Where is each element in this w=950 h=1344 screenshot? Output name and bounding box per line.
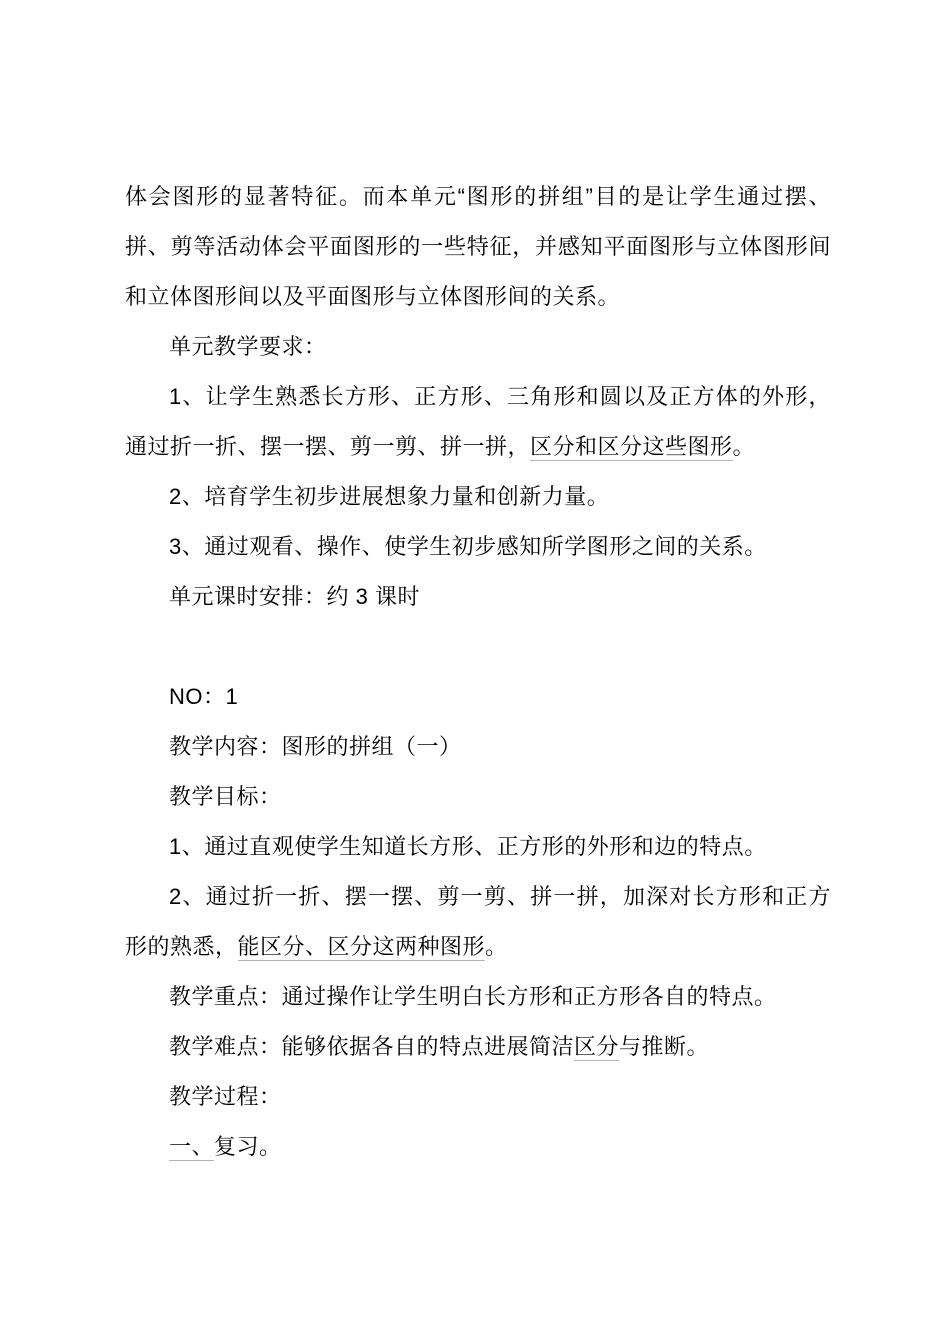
paragraph: 教学目标： (125, 772, 831, 822)
paragraph: NO：1 (125, 672, 831, 722)
grammar-check-underline: 区分 (574, 1034, 619, 1061)
paragraph: 教学内容：图形的拼组（一） (125, 722, 831, 772)
paragraph: 1、让学生熟悉长方形、正方形、三角形和圆以及正方体的外形，通过折一折、摆一摆、剪… (125, 372, 831, 472)
grammar-check-underline: 能区分、区分这两种图形 (238, 934, 486, 961)
paragraph: 体会图形的显著特征。而本单元“图形的拼组”目的是让学生通过摆、拼、剪等活动体会平… (125, 172, 831, 322)
paragraph: 教学重点：通过操作让学生明白长方形和正方形各自的特点。 (125, 972, 831, 1022)
paragraph: 3、通过观看、操作、使学生初步感知所学图形之间的关系。 (125, 522, 831, 572)
paragraph: 教学过程： (125, 1072, 831, 1122)
document-page: 体会图形的显著特征。而本单元“图形的拼组”目的是让学生通过摆、拼、剪等活动体会平… (0, 0, 950, 1344)
paragraph: 单元课时安排：约 3 课时 (125, 572, 831, 622)
blank-line (125, 622, 831, 672)
paragraph: 教学难点：能够依据各自的特点进展简洁区分与推断。 (125, 1022, 831, 1072)
paragraph: 一、复习。 (125, 1122, 831, 1172)
paragraph: 2、通过折一折、摆一摆、剪一剪、拼一拼，加深对长方形和正方形的熟悉，能区分、区分… (125, 872, 831, 972)
document-body: 体会图形的显著特征。而本单元“图形的拼组”目的是让学生通过摆、拼、剪等活动体会平… (125, 172, 831, 1172)
paragraph: 1、通过直观使学生知道长方形、正方形的外形和边的特点。 (125, 822, 831, 872)
paragraph: 单元教学要求： (125, 322, 831, 372)
grammar-check-underline: 区分和区分这些图形 (530, 434, 733, 461)
grammar-check-underline: 一、 (169, 1134, 214, 1161)
paragraph: 2、培育学生初步进展想象力量和创新力量。 (125, 472, 831, 522)
